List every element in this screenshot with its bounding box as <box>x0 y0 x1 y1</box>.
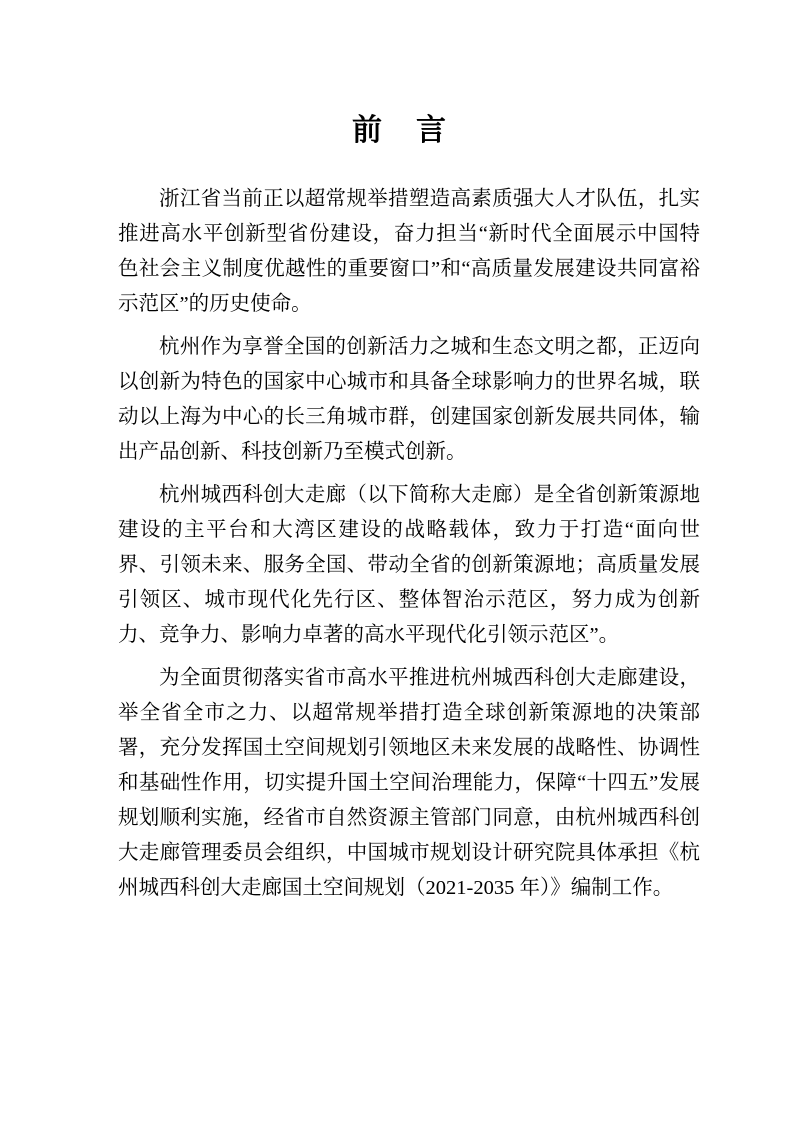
paragraph-4: 为全面贯彻落实省市高水平推进杭州城西科创大走廊建设，举全省全市之力、以超常规举措… <box>118 661 700 906</box>
document-body: 浙江省当前正以超常规举措塑造高素质强大人才队伍，扎实推进高水平创新型省份建设，奋… <box>118 182 700 906</box>
page-title: 前 言 <box>0 0 800 148</box>
paragraph-1: 浙江省当前正以超常规举措塑造高素质强大人才队伍，扎实推进高水平创新型省份建设，奋… <box>118 182 700 322</box>
document-page: 前 言 浙江省当前正以超常规举措塑造高素质强大人才队伍，扎实推进高水平创新型省份… <box>0 0 800 1132</box>
paragraph-2: 杭州作为享誉全国的创新活力之城和生态文明之都，正迈向以创新为特色的国家中心城市和… <box>118 330 700 470</box>
paragraph-3: 杭州城西科创大走廊（以下简称大走廊）是全省创新策源地建设的主平台和大湾区建设的战… <box>118 478 700 653</box>
